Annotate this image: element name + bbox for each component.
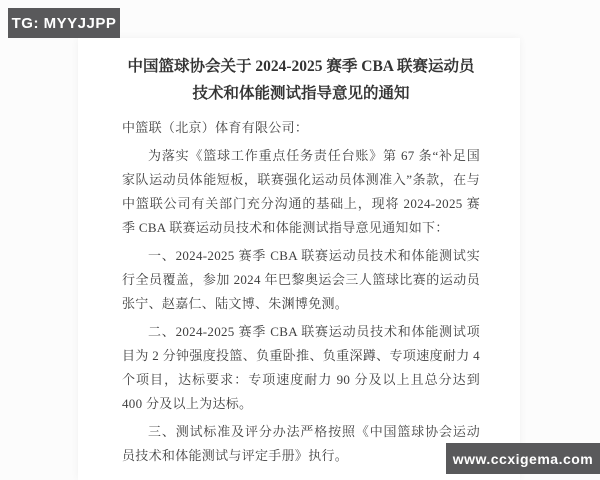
screenshot-root: TG: MYYJJPP 中国篮球协会关于 2024-2025 赛季 CBA 联赛… (0, 0, 600, 480)
document-title-line1: 中国篮球协会关于 2024-2025 赛季 CBA 联赛运动员 (122, 53, 480, 80)
document-title: 中国篮球协会关于 2024-2025 赛季 CBA 联赛运动员 技术和体能测试指… (122, 53, 480, 107)
document-paragraph-item3: 三、测试标准及评分办法严格按照《中国篮球协会运动员技术和体能测试与评定手册》执行… (122, 420, 480, 468)
document-paragraph-intro: 为落实《篮球工作重点任务责任台账》第 67 条“补足国家队运动员体能短板，联赛强… (122, 144, 480, 240)
telegram-watermark-badge: TG: MYYJJPP (8, 8, 120, 38)
document-page: 中国篮球协会关于 2024-2025 赛季 CBA 联赛运动员 技术和体能测试指… (78, 38, 520, 480)
document-paragraph-item1: 一、2024-2025 赛季 CBA 联赛运动员技术和体能测试实行全员覆盖，参加… (122, 244, 480, 316)
website-watermark-badge: www.ccxigema.com (446, 443, 600, 474)
document-salutation: 中篮联（北京）体育有限公司： (122, 116, 480, 140)
document-paragraph-item2: 二、2024-2025 赛季 CBA 联赛运动员技术和体能测试项目为 2 分钟强… (122, 320, 480, 416)
document-body: 中篮联（北京）体育有限公司： 为落实《篮球工作重点任务责任台账》第 67 条“补… (122, 116, 480, 468)
document-title-line2: 技术和体能测试指导意见的通知 (122, 80, 480, 107)
